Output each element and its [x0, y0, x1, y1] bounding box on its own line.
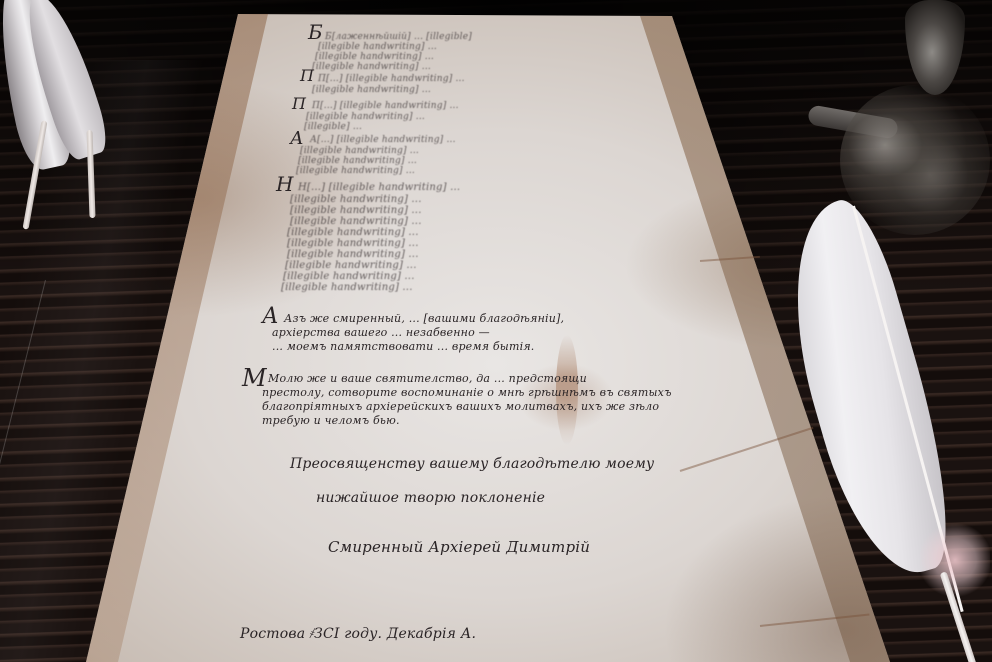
manuscript-line: благопріятныхъ архіерейскихъ вашихъ моли…: [262, 400, 659, 414]
drop-cap: П: [300, 66, 314, 85]
feather-down-fluff: [920, 520, 990, 600]
manuscript-line: А[...] [illegible handwriting] ...: [310, 135, 456, 146]
manuscript-line: Азъ же смиренный, ... [вашими благодѣяні…: [284, 312, 564, 326]
manuscript-line: [illegible] ...: [304, 122, 362, 133]
closing-line: Преосвященству вашему благодѣтелю моему: [290, 456, 654, 472]
photo-scene: Б Б[лаженнѣйшій] ... [illegible] [illegi…: [0, 0, 992, 662]
drop-cap: Б: [308, 20, 323, 44]
manuscript-line: Молю же и ваше святителство, да ... пред…: [268, 372, 587, 386]
manuscript-line: П[...] [illegible handwriting] ...: [318, 74, 465, 85]
manuscript-line: [illegible handwriting] ...: [296, 166, 415, 177]
manuscript-line: архіерства вашего ... незабвенно —: [272, 326, 490, 340]
manuscript-line: [illegible handwriting] ...: [281, 282, 413, 295]
manuscript-line: Н[...] [illegible handwriting] ...: [298, 182, 460, 195]
date-line: Ростова ҂ЗСІ году. Декабрія А.: [240, 626, 476, 643]
manuscript-line: требую и челомъ бью.: [262, 414, 400, 428]
manuscript-line: [illegible handwriting] ...: [312, 62, 431, 73]
manuscript-line: престолу, сотворите воспоминаніе о мнѣ г…: [262, 386, 672, 400]
closing-line: нижайшое творю поклоненіе: [316, 490, 545, 506]
drop-cap: Н: [276, 172, 293, 196]
drop-cap: П: [292, 94, 306, 113]
manuscript-line: П[...] [illegible handwriting] ...: [312, 101, 459, 112]
manuscript-line: [illegible handwriting] ...: [312, 85, 431, 96]
manuscript-line: ... моемъ памятствовати ... время бытія.: [272, 340, 535, 354]
candlestick-ornament: [840, 85, 990, 235]
signature: Смиренный Архіерей Димитрій: [328, 538, 590, 556]
